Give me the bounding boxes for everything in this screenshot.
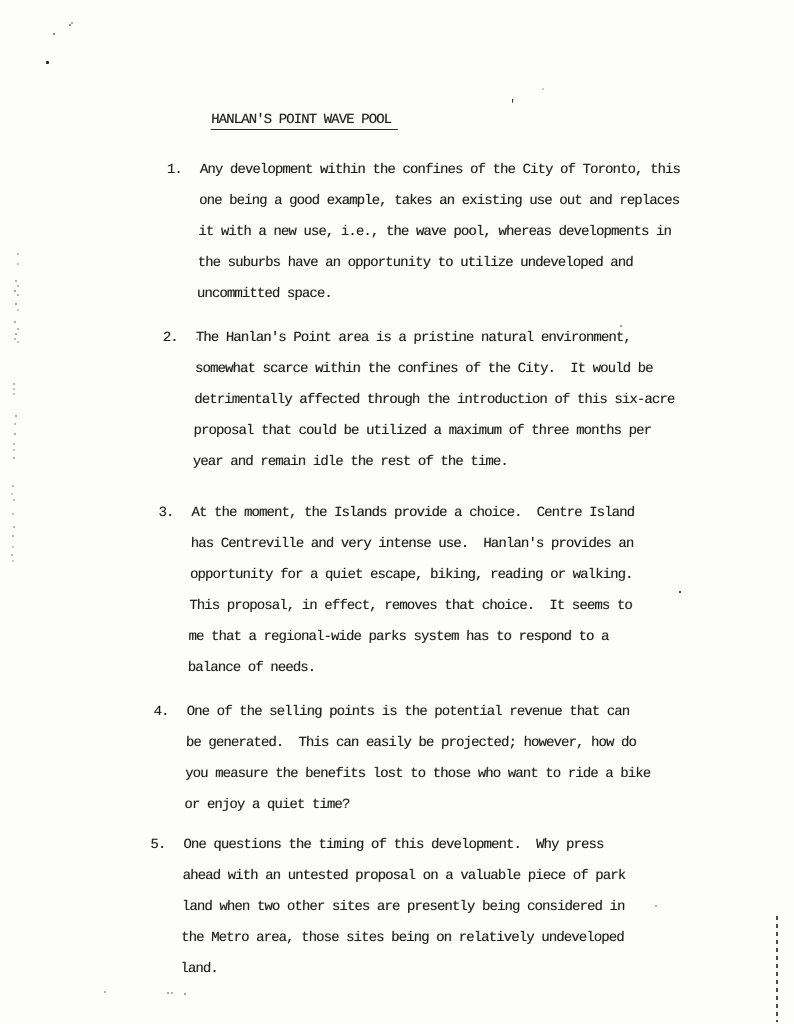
scan-speckle-noise	[0, 0, 2, 2]
list-item-5-text: One questions the timing of this develop…	[180, 830, 626, 985]
list-item-4-text: One of the selling points is the potenti…	[184, 697, 652, 821]
typed-content: HANLAN'S POINT WAVE POOL 1. Any developm…	[0, 0, 794, 1024]
list-item-3-text: At the moment, the Islands provide a cho…	[187, 498, 634, 684]
list-item-1: 1. Any development within the confines o…	[163, 155, 680, 310]
page-title: HANLAN'S POINT WAVE POOL	[165, 96, 398, 146]
list-item-1-text: Any development within the confines of t…	[196, 155, 680, 310]
scan-edge-dashed-line	[776, 916, 778, 1022]
list-item-4-number: 4.	[153, 697, 187, 728]
list-item-2-text: The Hanlan's Point area is a pristine na…	[192, 323, 676, 478]
list-item-3-number: 3.	[158, 498, 192, 529]
list-item-4: 4. One of the selling points is the pote…	[151, 697, 652, 821]
list-item-5-number: 5.	[150, 830, 184, 861]
list-item-3: 3. At the moment, the Islands provide a …	[154, 498, 634, 684]
scan-ink-dot	[46, 61, 49, 64]
stray-quote-mark: '	[509, 98, 516, 112]
page-title-text: HANLAN'S POINT WAVE POOL	[211, 112, 398, 130]
scanned-document-page: HANLAN'S POINT WAVE POOL 1. Any developm…	[0, 0, 794, 1024]
list-item-1-number: 1.	[166, 155, 200, 186]
list-item-5: 5. One questions the timing of this deve…	[147, 830, 626, 985]
list-item-2: 2. The Hanlan's Point area is a pristine…	[159, 323, 676, 478]
list-item-2-number: 2.	[162, 323, 196, 354]
